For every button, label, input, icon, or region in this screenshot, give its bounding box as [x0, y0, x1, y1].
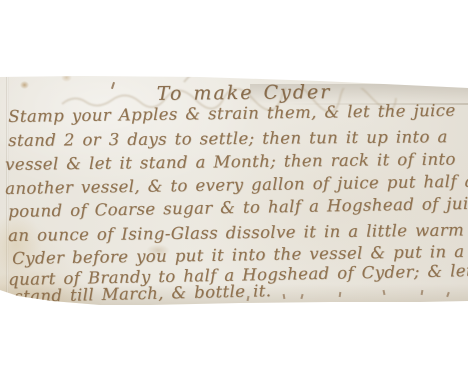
manuscript-line: an ounce of Ising-Glass dissolve it in a…	[8, 220, 464, 245]
pencil-tick-mark	[449, 80, 454, 87]
manuscript-line: stand 2 or 3 days to settle; then tun it…	[8, 127, 448, 150]
manuscript-line: another vessel, & to every gallon of jui…	[5, 172, 468, 198]
manuscript-line: vessel & let it stand a Month; then rack…	[5, 149, 456, 174]
ink-showthrough	[180, 62, 260, 84]
manuscript-paper: To make Cyder Stamp your Apples & strain…	[0, 0, 468, 382]
photo-canvas: To make Cyder Stamp your Apples & strain…	[0, 0, 468, 382]
manuscript-line: pound of Coarse sugar & to half a Hogshe…	[8, 194, 468, 221]
ink-stain	[61, 73, 72, 82]
